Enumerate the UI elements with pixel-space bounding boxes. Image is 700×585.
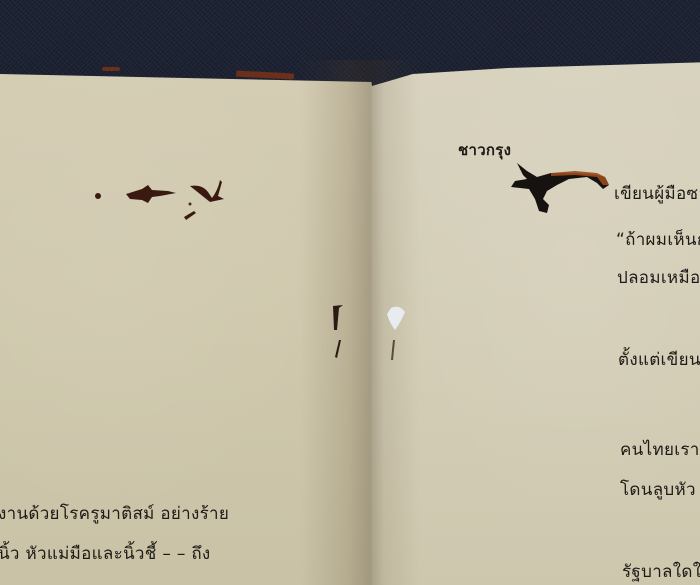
right-page (372, 60, 700, 585)
text-line: เขียนผู้มือซอ (614, 180, 700, 207)
text-line: คนไทยเรา (620, 436, 700, 463)
text-line: ตั้งแต่เขียน (618, 346, 700, 373)
text-line: รัฐบาลใดใ (622, 558, 700, 585)
right-page-header: ชาวกรุง (458, 138, 511, 162)
text-line: งานด้วยโรครูมาติสม์ อย่างร้าย (0, 500, 229, 527)
text-line: นิ้ว หัวแม่มือและนิ้วชี้ – – ถึง (0, 540, 211, 567)
text-line: ปลอมเหมือน (617, 264, 700, 291)
gutter-holes (325, 300, 415, 365)
text-line: “ถ้าผมเห็นก (616, 226, 700, 253)
text-line: โดนลูบหัว (620, 476, 696, 503)
edge-stain (102, 67, 120, 71)
insect-damage-left (90, 172, 230, 227)
insect-damage-right (505, 155, 615, 220)
